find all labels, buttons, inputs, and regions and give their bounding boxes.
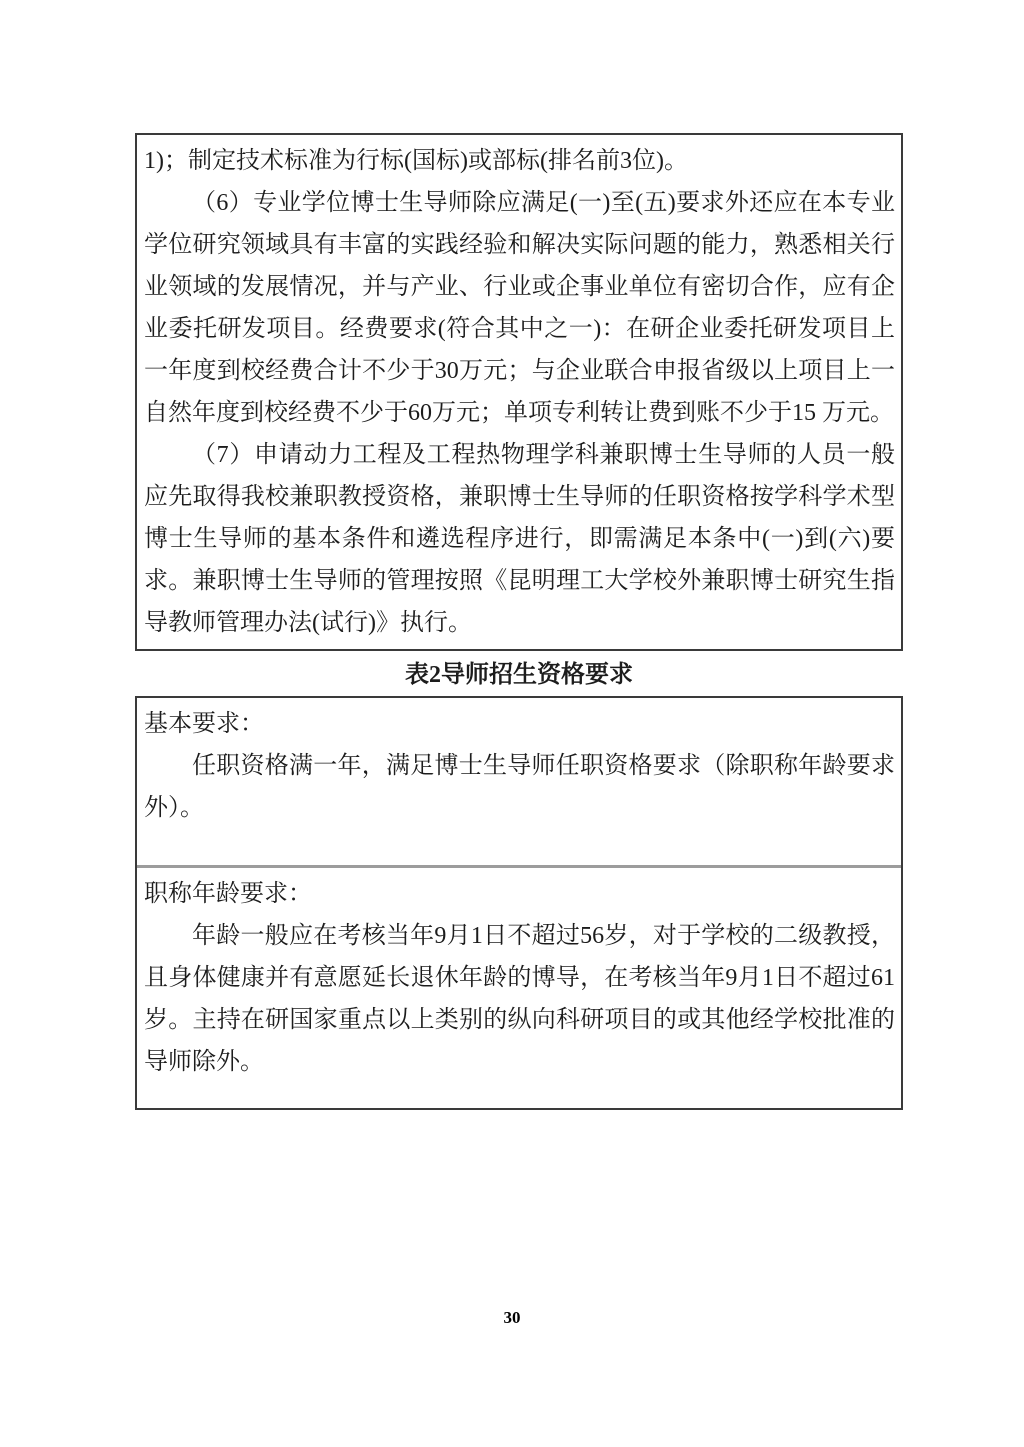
row-label: 职称年龄要求： (144, 873, 895, 915)
requirements-text-box: 1)；制定技术标准为行标(国标)或部标(排名前3位)。 （6）专业学位博士生导师… (135, 133, 903, 651)
paragraph-item-6: （6）专业学位博士生导师除应满足(一)至(五)要求外还应在本专业学位研究领域具有… (144, 182, 895, 434)
row-body: 年龄一般应在考核当年9月1日不超过56岁，对于学校的二级教授，且身体健康并有意愿… (144, 915, 895, 1083)
paragraph-item-7: （7）申请动力工程及工程热物理学科兼职博士生导师的人员一般应先取得我校兼职教授资… (144, 434, 895, 644)
table-row-basic-requirements: 基本要求： 任职资格满一年，满足博士生导师任职资格要求（除职称年龄要求外）。 (137, 698, 901, 868)
recruitment-requirements-table: 基本要求： 任职资格满一年，满足博士生导师任职资格要求（除职称年龄要求外）。 职… (135, 696, 903, 1110)
page-number: 30 (0, 1308, 1024, 1328)
document-page: 1)；制定技术标准为行标(国标)或部标(排名前3位)。 （6）专业学位博士生导师… (0, 0, 1024, 1447)
row-body: 任职资格满一年，满足博士生导师任职资格要求（除职称年龄要求外）。 (144, 745, 895, 829)
paragraph-continuation: 1)；制定技术标准为行标(国标)或部标(排名前3位)。 (144, 140, 895, 182)
table-row-title-age-requirements: 职称年龄要求： 年龄一般应在考核当年9月1日不超过56岁，对于学校的二级教授，且… (137, 868, 901, 1108)
table-caption: 表2导师招生资格要求 (135, 655, 903, 695)
row-label: 基本要求： (144, 703, 895, 745)
